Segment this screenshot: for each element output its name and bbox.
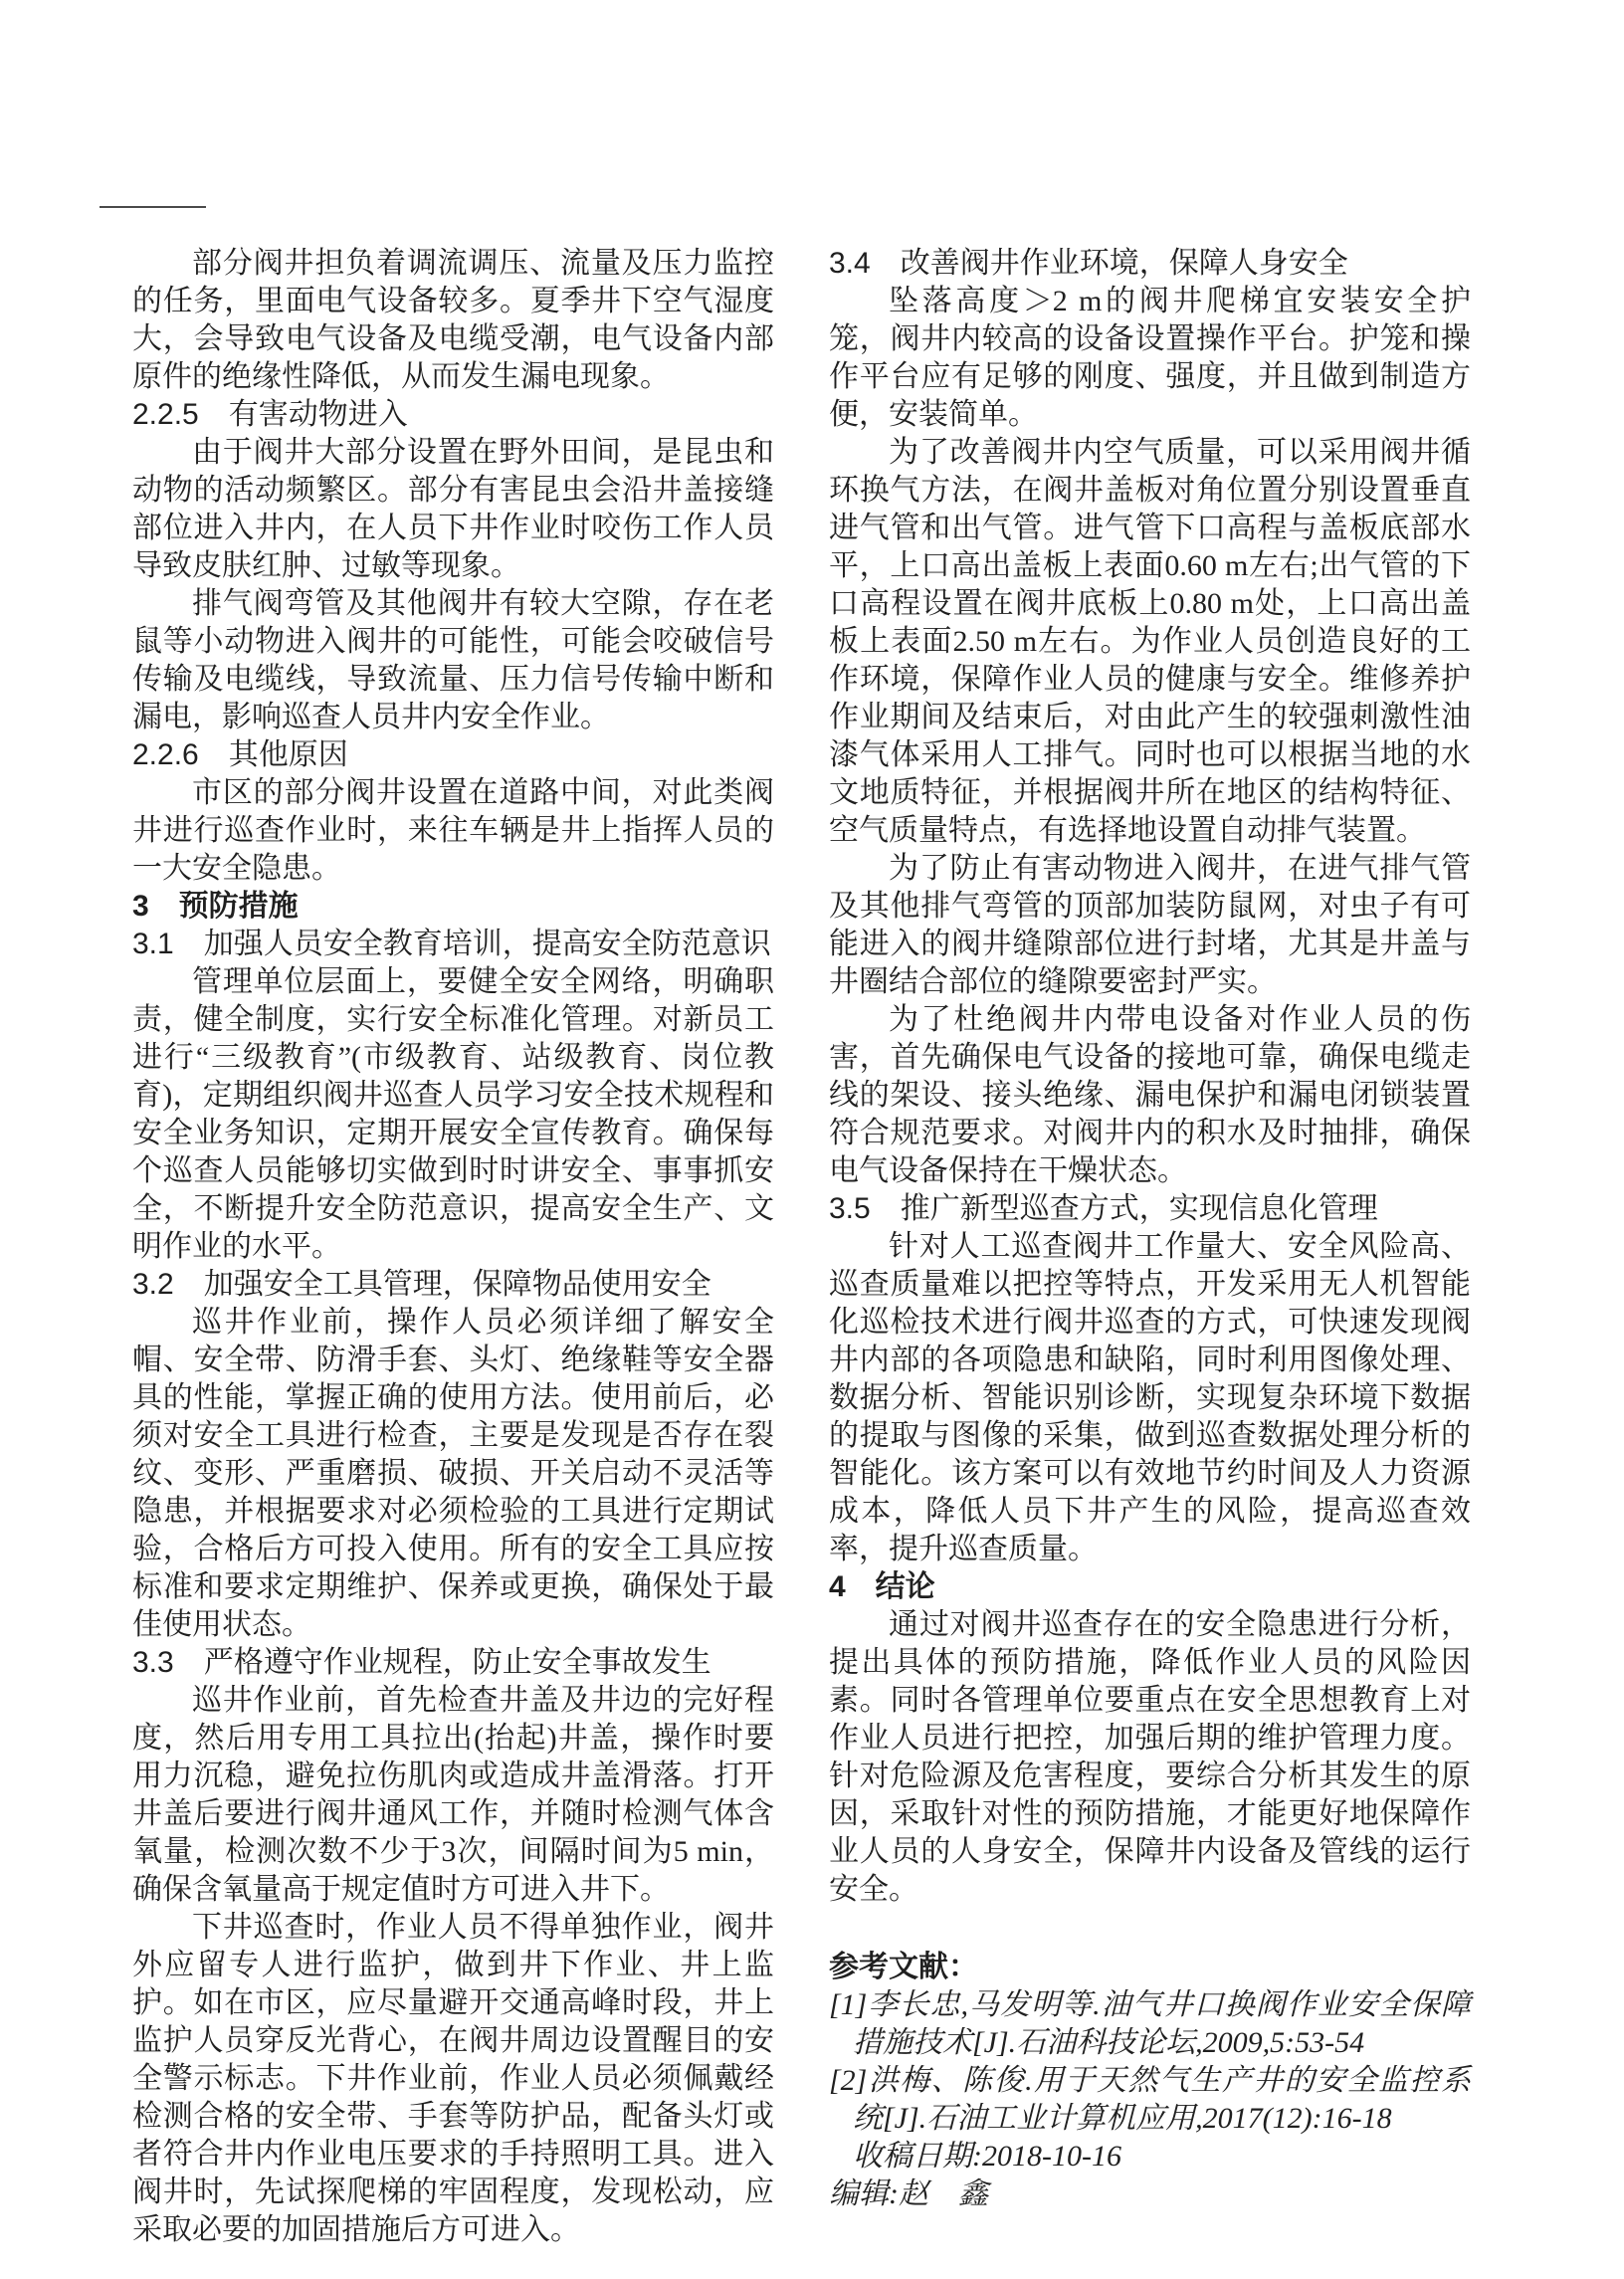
paragraph: 巡井作业前，操作人员必须详细了解安全帽、安全带、防滑手套、头灯、绝缘鞋等安全器具… xyxy=(132,1304,774,1644)
subsection-heading: 3.2 加强安全工具管理，保障物品使用安全 xyxy=(132,1266,774,1304)
article-page: 部分阀井担负着调流调压、流量及压力监控的任务，里面电气设备较多。夏季井下空气湿度… xyxy=(0,0,1624,2279)
section-heading: 4 结论 xyxy=(829,1568,1471,1606)
paragraph: 由于阀井大部分设置在野外田间，是昆虫和动物的活动频繁区。部分有害昆虫会沿井盖接缝… xyxy=(132,434,774,585)
paragraph: 下井巡查时，作业人员不得单独作业，阀井外应留专人进行监护，做到井下作业、井上监护… xyxy=(132,1909,774,2249)
paragraph: 通过对阀井巡查存在的安全隐患进行分析，提出具体的预防措施，降低作业人员的风险因素… xyxy=(829,1606,1471,1909)
paragraph: 管理单位层面上，要健全安全网络，明确职责，健全制度，实行安全标准化管理。对新员工… xyxy=(132,963,774,1266)
reference-item: [2]洪梅、陈俊.用于天然气生产井的安全监控系统[J].石油工业计算机应用,20… xyxy=(829,2062,1471,2138)
paragraph: 坠落高度＞2 m的阀井爬梯宜安装安全护笼，阀井内较高的设备设置操作平台。护笼和操… xyxy=(829,283,1471,434)
paragraph: 部分阀井担负着调流调压、流量及压力监控的任务，里面电气设备较多。夏季井下空气湿度… xyxy=(132,245,774,396)
section-heading: 3 预防措施 xyxy=(132,888,774,926)
paragraph: 针对人工巡查阀井工作量大、安全风险高、巡查质量难以把控等特点，开发采用无人机智能… xyxy=(829,1228,1471,1568)
received-date: 收稿日期:2018-10-16 xyxy=(829,2138,1471,2175)
paragraph: 市区的部分阀井设置在道路中间，对此类阀井进行巡查作业时，来往车辆是井上指挥人员的… xyxy=(132,774,774,888)
subsection-heading: 2.2.6 其他原因 xyxy=(132,736,774,774)
left-column: 部分阀井担负着调流调压、流量及压力监控的任务，里面电气设备较多。夏季井下空气湿度… xyxy=(132,245,774,2249)
editor-credit: 编辑:赵 鑫 xyxy=(829,2175,1471,2213)
paragraph: 为了改善阀井内空气质量，可以采用阀井循环换气方法，在阀井盖板对角位置分别设置垂直… xyxy=(829,434,1471,850)
right-column: 3.4 改善阀井作业环境，保障人身安全坠落高度＞2 m的阀井爬梯宜安装安全护笼，… xyxy=(829,245,1471,2213)
paragraph: 为了杜绝阀井内带电设备对作业人员的伤害，首先确保电气设备的接地可靠，确保电缆走线… xyxy=(829,1001,1471,1190)
subsection-heading: 3.1 加强人员安全教育培训，提高安全防范意识 xyxy=(132,926,774,963)
reference-item: [1]李长忠,马发明等.油气井口换阀作业安全保障措施技术[J].石油科技论坛,2… xyxy=(829,1986,1471,2062)
references-title: 参考文献： xyxy=(829,1949,1471,1986)
subsection-heading: 3.5 推广新型巡查方式，实现信息化管理 xyxy=(829,1190,1471,1228)
subsection-heading: 3.3 严格遵守作业规程，防止安全事故发生 xyxy=(132,1644,774,1682)
footnote-separator-rule xyxy=(100,206,206,208)
paragraph: 巡井作业前，首先检查井盖及井边的完好程度，然后用专用工具拉出(抬起)井盖，操作时… xyxy=(132,1682,774,1909)
paragraph: 排气阀弯管及其他阀井有较大空隙，存在老鼠等小动物进入阀井的可能性，可能会咬破信号… xyxy=(132,585,774,736)
subsection-heading: 3.4 改善阀井作业环境，保障人身安全 xyxy=(829,245,1471,283)
subsection-heading: 2.2.5 有害动物进入 xyxy=(132,396,774,434)
paragraph: 为了防止有害动物进入阀井，在进气排气管及其他排气弯管的顶部加装防鼠网，对虫子有可… xyxy=(829,850,1471,1001)
